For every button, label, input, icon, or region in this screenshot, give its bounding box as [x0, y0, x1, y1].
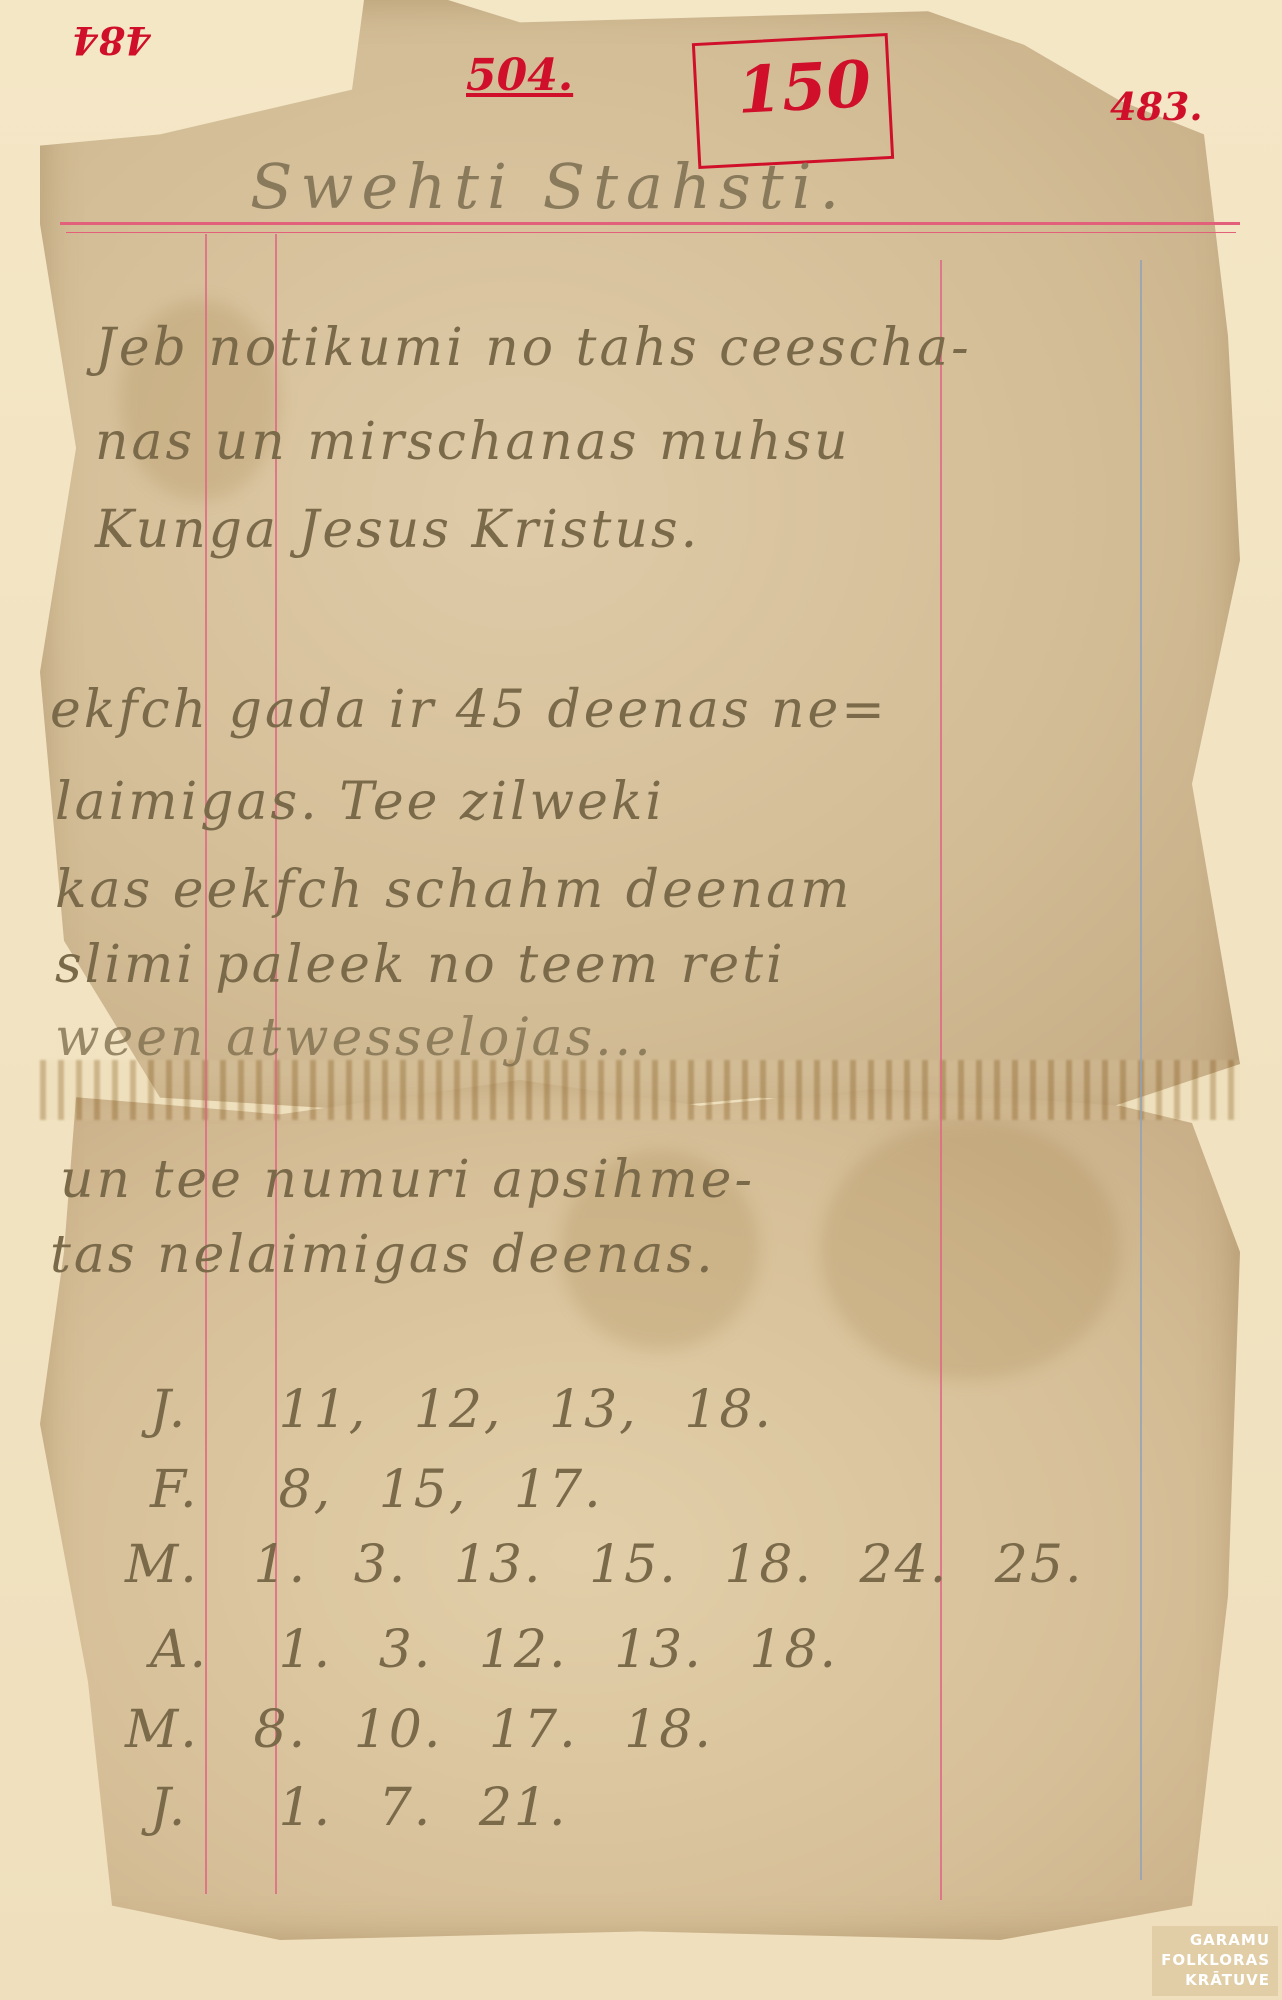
day-value: 18.	[749, 1620, 838, 1680]
text-line: ekfch gada ir 45 deenas ne=	[50, 680, 888, 740]
day-value: 1.	[279, 1620, 333, 1680]
day-value: 13.	[454, 1535, 543, 1595]
day-value: 8,	[279, 1460, 333, 1520]
day-value: 12.	[479, 1620, 568, 1680]
column-rule	[940, 260, 942, 1900]
day-value: 17.	[514, 1460, 603, 1520]
watermark-line: GARAMU	[1160, 1930, 1270, 1950]
day-value: 15,	[379, 1460, 468, 1520]
month-label: J.	[150, 1778, 260, 1838]
day-value: 7.	[379, 1778, 433, 1838]
unlucky-days-row: M. 8. 10. 17. 18.	[125, 1700, 741, 1760]
header-rule-thin	[66, 232, 1236, 233]
unlucky-days-row: F. 8, 15, 17.	[150, 1460, 631, 1520]
text-line: nas un mirschanas muhsu	[95, 412, 851, 472]
unlucky-days-row: M. 1. 3. 13. 15. 18. 24. 25.	[125, 1535, 1111, 1595]
archive-mark-top-right: 483.	[1110, 84, 1203, 129]
day-value: 3.	[379, 1620, 433, 1680]
text-line: tas nelaimigas deenas.	[50, 1225, 716, 1285]
day-value: 12,	[414, 1380, 503, 1440]
archive-mark-boxed: 150	[735, 47, 872, 129]
unlucky-days-row: J. 1. 7. 21.	[150, 1778, 596, 1838]
day-value: 10.	[354, 1700, 443, 1760]
text-line: slimi paleek no teem reti	[55, 935, 786, 995]
day-value: 21.	[479, 1778, 568, 1838]
paper-tear	[40, 1060, 1240, 1120]
stain	[820, 1120, 1120, 1380]
day-value: 25.	[995, 1535, 1084, 1595]
text-line: Jeb notikumi no tahs ceescha-	[95, 318, 972, 378]
document-title: Swehti Stahsti.	[250, 150, 847, 223]
month-label: A.	[150, 1620, 260, 1680]
column-rule-blue	[1140, 260, 1142, 1880]
archive-mark-underlined: 504.	[466, 50, 573, 101]
text-line: Kunga Jesus Kristus.	[95, 500, 700, 560]
day-value: 1.	[279, 1778, 333, 1838]
day-value: 13.	[614, 1620, 703, 1680]
day-value: 18.	[724, 1535, 813, 1595]
day-value: 13,	[549, 1380, 638, 1440]
day-value: 24.	[860, 1535, 949, 1595]
text-line: kas eekfch schahm deenam	[55, 860, 852, 920]
watermark-line: FOLKLORAS	[1160, 1950, 1270, 1970]
day-value: 15.	[589, 1535, 678, 1595]
unlucky-days-row: J. 11, 12, 13, 18.	[150, 1380, 801, 1440]
unlucky-days-row: A. 1. 3. 12. 13. 18.	[150, 1620, 866, 1680]
day-value: 11,	[279, 1380, 368, 1440]
day-value: 1.	[254, 1535, 308, 1595]
day-value: 8.	[254, 1700, 308, 1760]
month-label: M.	[125, 1535, 235, 1595]
text-line: ween atwesselojas...	[55, 1008, 654, 1068]
month-label: M.	[125, 1700, 235, 1760]
month-label: J.	[150, 1380, 260, 1440]
text-line: un tee numuri apsihme-	[60, 1150, 755, 1210]
month-label: F.	[150, 1460, 260, 1520]
archive-watermark: GARAMU FOLKLORAS KRĀTUVE	[1152, 1926, 1278, 1996]
day-value: 18.	[624, 1700, 713, 1760]
archive-mark-top-left: 484	[72, 18, 151, 63]
archive-box: 150	[692, 33, 894, 169]
day-value: 17.	[489, 1700, 578, 1760]
day-value: 18.	[684, 1380, 773, 1440]
watermark-line: KRĀTUVE	[1160, 1970, 1270, 1990]
day-value: 3.	[354, 1535, 408, 1595]
text-line: laimigas. Tee zilweki	[55, 772, 665, 832]
